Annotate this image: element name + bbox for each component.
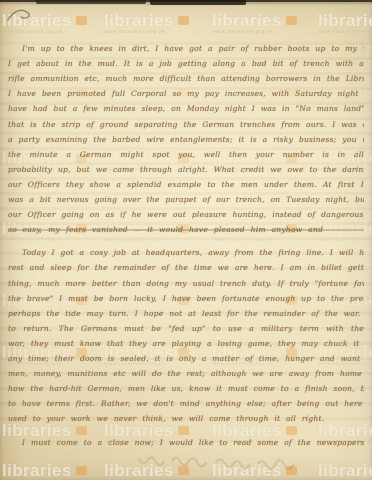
handwriting-line: to have terms first. Rather, we don't mi… <box>8 398 364 410</box>
handwriting-line: perhaps the tide may turn. I hope not at… <box>8 308 364 320</box>
handwriting-line-crossed-out: so easy, my fears vanished — it would ha… <box>8 224 364 236</box>
scanned-letter-page: librarieswww.librariesni.org.uklibraries… <box>0 0 372 480</box>
scan-top-edge-shadow <box>0 2 372 6</box>
handwriting-line: a party examining the barbed wire entang… <box>8 134 364 146</box>
handwriting-line: rest and sleep for the remainder of the … <box>8 262 364 274</box>
handwriting-line: the minute a German might spot you, well… <box>8 149 364 161</box>
handwriting-line: thing, much more better than doing my us… <box>8 278 364 290</box>
handwriting-line: I must come to a close now; I would like… <box>8 437 364 449</box>
handwriting-line: Today I got a cosy job at headquarters, … <box>8 247 364 259</box>
handwriting-line: any time; their doom is sealed, it is on… <box>8 353 364 365</box>
handwritten-letter-body: I'm up to the knees in dirt, I have got … <box>0 0 372 480</box>
handwriting-line: our Officers they show a splendid exampl… <box>8 179 364 191</box>
handwriting-line: war, they must know that they are playin… <box>8 338 364 350</box>
handwriting-line: probability up, but we came through alri… <box>8 164 364 176</box>
handwriting-line: our Officer going on as if he were out p… <box>8 209 364 221</box>
handwriting-line: was a bit nervous going over the parapet… <box>8 194 364 206</box>
handwriting-line: I have been promoted full Corporal so my… <box>8 88 364 100</box>
ink-flourish-mark <box>6 6 40 24</box>
handwriting-line: rifle ammunition etc, much more difficul… <box>8 73 364 85</box>
handwriting-line: used to your work we never think, we wil… <box>8 413 364 425</box>
handwriting-line: how the hard-hit German, men like us, kn… <box>8 383 364 395</box>
handwriting-line: men, money, munitions etc will do the re… <box>8 368 364 380</box>
handwriting-line: to return. The Germans must be "fed up" … <box>8 323 364 335</box>
handwriting-line: I get about in the mud. It is a job gett… <box>8 58 364 70</box>
handwriting-line: the brave" I must be born lucky, I have … <box>8 293 364 305</box>
handwriting-line: have had but a few minutes sleep, on Mon… <box>8 103 364 115</box>
handwriting-line: I'm up to the knees in dirt, I have got … <box>8 43 364 55</box>
handwriting-line: that is the strip of ground separating t… <box>8 119 364 131</box>
